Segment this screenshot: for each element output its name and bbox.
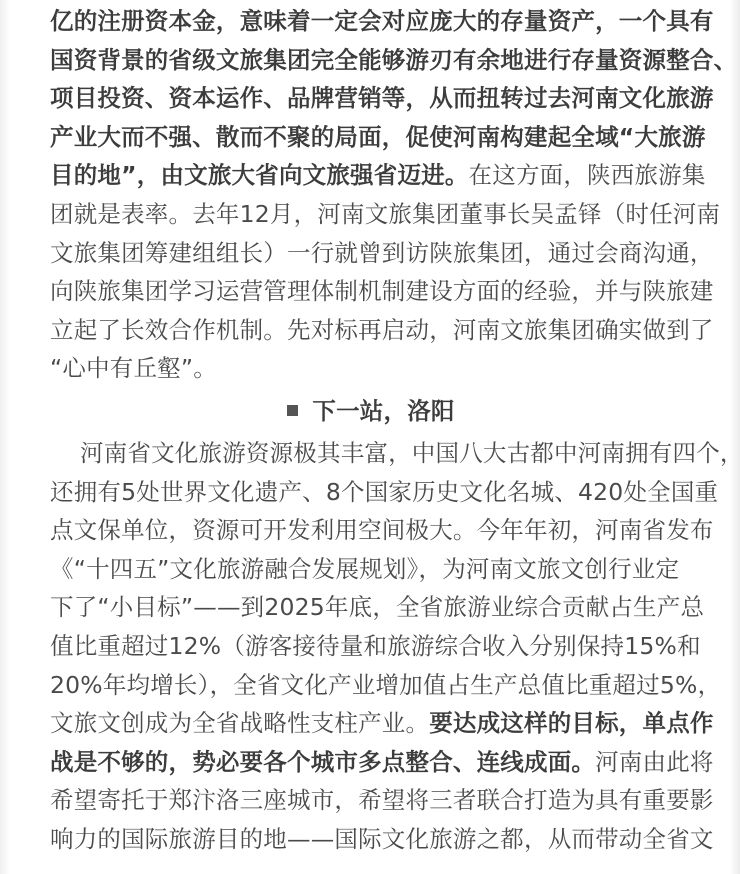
paragraph-2: 河南省文化旅游资源极其丰富，中国八大古都中河南拥有四个，还拥有5处世界文化遗产、… bbox=[50, 434, 692, 859]
bold-text-segment: 要达成这样的目标，单点作 bbox=[429, 709, 713, 737]
text-line: 点文保单位，资源可开发利用空间极大。今年年初，河南省发布 bbox=[50, 511, 692, 550]
text-line: 立起了长效合作机制。先对标再启动，河南文旅集团确实做到了 bbox=[50, 311, 692, 350]
text-segment: 《“十四五”文化旅游融合发展规划》，为河南文旅文创行业定 bbox=[50, 555, 679, 583]
text-segment: 点文保单位，资源可开发利用空间极大。今年年初，河南省发布 bbox=[50, 516, 714, 544]
text-segment: 文旅文创成为全省战略性支柱产业。 bbox=[50, 709, 429, 737]
text-line: 河南省文化旅游资源极其丰富，中国八大古都中河南拥有四个， bbox=[50, 434, 692, 473]
text-line: “心中有丘壑”。 bbox=[50, 349, 692, 388]
text-line: 《“十四五”文化旅游融合发展规划》，为河南文旅文创行业定 bbox=[50, 550, 692, 589]
text-line: 产业大而不强、散而不聚的局面，促使河南构建起全域“大旅游 bbox=[50, 118, 692, 157]
text-line: 国资背景的省级文旅集团完全能够游刃有余地进行存量资源整合、 bbox=[50, 41, 692, 80]
text-line: 团就是表率。去年12月，河南文旅集团董事长吴孟铎（时任河南 bbox=[50, 195, 692, 234]
text-line: 还拥有5处世界文化遗产、8个国家历史文化名城、420处全国重 bbox=[50, 473, 692, 512]
bold-text-segment: 产业大而不强、散而不聚的局面，促使河南构建起全域“大旅游 bbox=[50, 123, 706, 151]
article-body: 亿的注册资本金，意味着一定会对应庞大的存量资产，一个具有国资背景的省级文旅集团完… bbox=[50, 2, 692, 858]
text-segment: 河南由此将 bbox=[595, 748, 714, 776]
text-line: 20%年均增长），全省文化产业增加值占生产总值比重超过5%， bbox=[50, 666, 692, 705]
bold-text-segment: 目的地”，由文旅大省向文旅强省迈进。 bbox=[50, 161, 469, 189]
bold-text-segment: 亿的注册资本金，意味着一定会对应庞大的存量资产，一个具有 bbox=[50, 7, 714, 35]
bold-text-segment: 战是不够的，势必要各个城市多点整合、连线成面。 bbox=[50, 748, 595, 776]
bold-text-segment: 国资背景的省级文旅集团完全能够游刃有余地进行存量资源整合、 bbox=[50, 46, 737, 74]
text-line: 希望寄托于郑汴洛三座城市，希望将三者联合打造为具有重要影 bbox=[50, 781, 692, 820]
page-edge-left bbox=[0, 0, 10, 874]
text-line: 文旅集团筹建组组长）一行就曾到访陕旅集团，通过会商沟通， bbox=[50, 234, 692, 273]
text-line: 向陕旅集团学习运营管理体制机制建设方面的经验，并与陕旅建 bbox=[50, 272, 692, 311]
text-segment: 在这方面，陕西旅游集 bbox=[469, 161, 706, 189]
text-segment: 文旅集团筹建组组长）一行就曾到访陕旅集团，通过会商沟通， bbox=[50, 239, 714, 267]
bold-text-segment: 项目投资、资本运作、品牌营销等，从而扭转过去河南文化旅游 bbox=[50, 84, 714, 112]
text-segment: 希望寄托于郑汴洛三座城市，希望将三者联合打造为具有重要影 bbox=[50, 786, 714, 814]
text-segment: 下了“小目标”——到2025年底，全省旅游业综合贡献占生产总 bbox=[50, 593, 704, 621]
text-segment: 河南省文化旅游资源极其丰富，中国八大古都中河南拥有四个， bbox=[80, 439, 740, 467]
text-line: 下了“小目标”——到2025年底，全省旅游业综合贡献占生产总 bbox=[50, 588, 692, 627]
text-line: 项目投资、资本运作、品牌营销等，从而扭转过去河南文化旅游 bbox=[50, 79, 692, 118]
text-segment: 值比重超过12%（游客接待量和旅游综合收入分别保持15%和 bbox=[50, 632, 701, 660]
text-line: 文旅文创成为全省战略性支柱产业。要达成这样的目标，单点作 bbox=[50, 704, 692, 743]
text-line: 战是不够的，势必要各个城市多点整合、连线成面。河南由此将 bbox=[50, 743, 692, 782]
square-bullet-icon bbox=[287, 405, 298, 416]
text-segment: “心中有丘壑”。 bbox=[50, 354, 217, 382]
section-heading-text: 下一站，洛阳 bbox=[312, 397, 454, 425]
section-heading: 下一站，洛阳 bbox=[50, 388, 692, 434]
text-line: 亿的注册资本金，意味着一定会对应庞大的存量资产，一个具有 bbox=[50, 2, 692, 41]
text-line: 响力的国际旅游目的地——国际文化旅游之都，从而带动全省文 bbox=[50, 820, 692, 859]
text-segment: 20%年均增长），全省文化产业增加值占生产总值比重超过5%， bbox=[50, 671, 721, 699]
text-segment: 立起了长效合作机制。先对标再启动，河南文旅集团确实做到了 bbox=[50, 316, 714, 344]
text-line: 值比重超过12%（游客接待量和旅游综合收入分别保持15%和 bbox=[50, 627, 692, 666]
text-line: 目的地”，由文旅大省向文旅强省迈进。在这方面，陕西旅游集 bbox=[50, 156, 692, 195]
page-edge-right bbox=[730, 0, 740, 874]
text-segment: 向陕旅集团学习运营管理体制机制建设方面的经验，并与陕旅建 bbox=[50, 277, 714, 305]
text-segment: 团就是表率。去年12月，河南文旅集团董事长吴孟铎（时任河南 bbox=[50, 200, 720, 228]
text-segment: 响力的国际旅游目的地——国际文化旅游之都，从而带动全省文 bbox=[50, 825, 714, 853]
text-segment: 还拥有5处世界文化遗产、8个国家历史文化名城、420处全国重 bbox=[50, 478, 718, 506]
paragraph-1: 亿的注册资本金，意味着一定会对应庞大的存量资产，一个具有国资背景的省级文旅集团完… bbox=[50, 2, 692, 388]
